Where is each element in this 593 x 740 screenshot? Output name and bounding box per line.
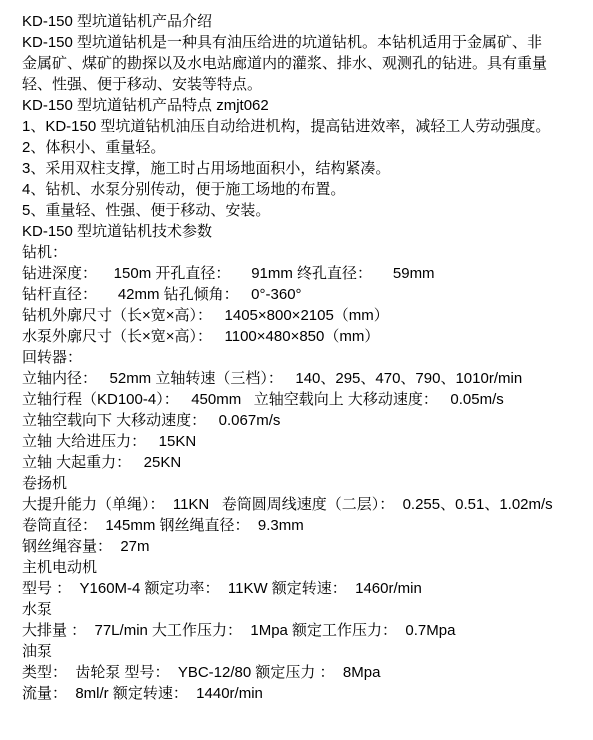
text-line: KD-150 型坑道钻机技术参数 [22, 221, 585, 242]
text-line: 流量： 8ml/r 额定转速： 1440r/min [22, 683, 585, 704]
text-line: 钻进深度： 150m 开孔直径： 91mm 终孔直径： 59mm [22, 263, 585, 284]
text-line: 3、采用双柱支撑，施工时占用场地面积小，结构紧凑。 [22, 158, 585, 179]
text-line: 水泵外廓尺寸（长×宽×高）： 1100×480×850（mm） [22, 326, 585, 347]
text-line: 类型： 齿轮泵 型号： YBC-12/80 额定压力 ： 8Mpa [22, 662, 585, 683]
text-line: 大提升能力（单绳）： 11KN 卷筒圆周线速度（二层）： 0.255、0.51、… [22, 494, 585, 515]
document-body: KD-150 型坑道钻机产品介绍KD-150 型坑道钻机是一种具有油压给进的坑道… [0, 0, 593, 704]
text-line: 卷筒直径： 145mm 钢丝绳直径： 9.3mm [22, 515, 585, 536]
text-line: 1、KD-150 型坑道钻机油压自动给进机构，提高钻进效率，减轻工人劳动强度。 [22, 116, 585, 137]
document-page: KD-150 型坑道钻机产品介绍KD-150 型坑道钻机是一种具有油压给进的坑道… [0, 0, 593, 740]
text-line: KD-150 型坑道钻机产品介绍 [22, 11, 585, 32]
text-line: 型号 ： Y160M-4 额定功率： 11KW 额定转速： 1460r/min [22, 578, 585, 599]
text-line: 5、重量轻、性强、便于移动、安装。 [22, 200, 585, 221]
text-line: 2、体积小、重量轻。 [22, 137, 585, 158]
text-line: 大排量 ： 77L/min 大工作压力： 1Mpa 额定工作压力： 0.7Mpa [22, 620, 585, 641]
text-line: 4、钻机、水泵分别传动，便于施工场地的布置。 [22, 179, 585, 200]
text-line: 金属矿、煤矿的勘探以及水电站廊道内的灌浆、排水、观测孔的钻进。具有重量 [22, 53, 585, 74]
text-line: 钻机： [22, 242, 585, 263]
text-line: 立轴 大起重力： 25KN [22, 452, 585, 473]
text-line: 钢丝绳容量： 27m [22, 536, 585, 557]
text-line: 立轴行程（KD100-4）： 450mm 立轴空载向上 大移动速度： 0.05m… [22, 389, 585, 410]
text-line: 轻、性强、便于移动、安装等特点。 [22, 74, 585, 95]
text-line: KD-150 型坑道钻机是一种具有油压给进的坑道钻机。本钻机适用于金属矿、非 [22, 32, 585, 53]
text-line: 钻机外廓尺寸（长×宽×高）： 1405×800×2105（mm） [22, 305, 585, 326]
text-line: 立轴 大给进压力： 15KN [22, 431, 585, 452]
text-line: 主机电动机 [22, 557, 585, 578]
text-line: 油泵 [22, 641, 585, 662]
text-line: 回转器： [22, 347, 585, 368]
text-line: 卷扬机 [22, 473, 585, 494]
text-line: 水泵 [22, 599, 585, 620]
text-line: 立轴空载向下 大移动速度： 0.067m/s [22, 410, 585, 431]
text-line: 钻杆直径： 42mm 钻孔倾角： 0°-360° [22, 284, 585, 305]
text-line: KD-150 型坑道钻机产品特点 zmjt062 [22, 95, 585, 116]
text-line: 立轴内径： 52mm 立轴转速（三档）： 140、295、470、790、101… [22, 368, 585, 389]
